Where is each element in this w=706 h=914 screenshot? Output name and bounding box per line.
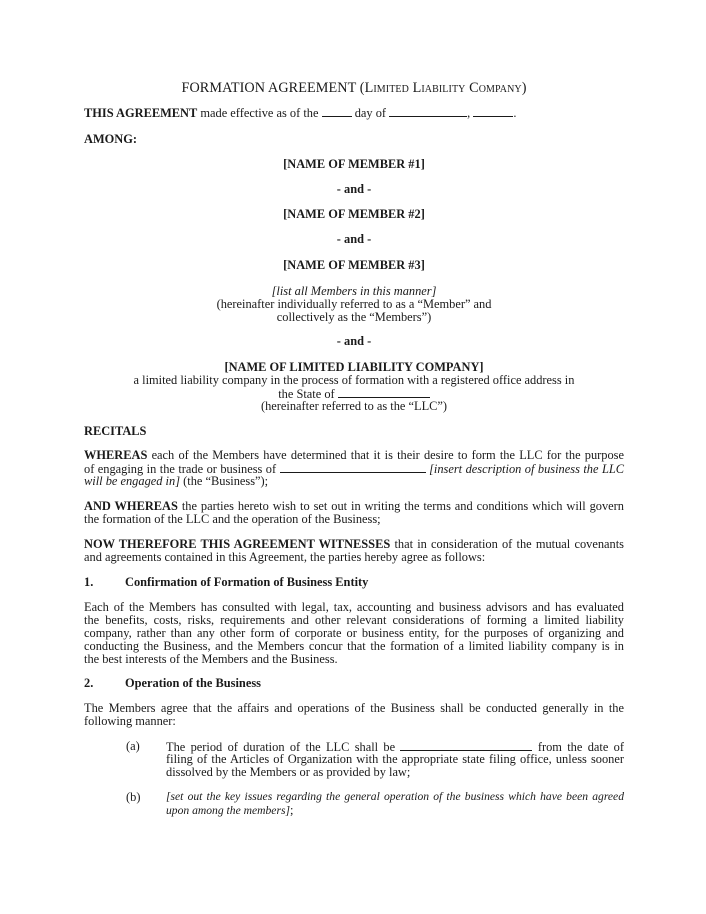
whereas-instruction: [insert description of business the LLC	[429, 462, 624, 476]
hereinafter-line-2: collectively as the “Members”)	[84, 310, 624, 325]
duration-blank[interactable]	[400, 739, 532, 751]
item-b-semicolon: ;	[290, 803, 293, 817]
section-2-heading: Operation of the Business	[125, 676, 261, 691]
item-b-instruction: upon among the members]	[166, 804, 290, 817]
whereas-bold: WHEREAS	[84, 448, 147, 462]
item-a-label: (a)	[126, 739, 140, 754]
intro-period: .	[513, 106, 516, 120]
title-main: FORMATION AGREEMENT	[181, 80, 356, 96]
item-b-line-2: upon among the members];	[166, 803, 624, 819]
intro-bold: THIS AGREEMENT	[84, 106, 197, 120]
section-2-number: 2.	[84, 676, 93, 691]
intro-comma: ,	[467, 106, 470, 120]
section-1-line: the best interests of the Members and th…	[84, 652, 338, 667]
title-subtitle: (Limited Liability Company)	[360, 80, 527, 96]
whereas-text-3: (the “Business”);	[183, 474, 268, 488]
and-separator-2: - and -	[84, 232, 624, 247]
year-blank[interactable]	[473, 105, 513, 117]
now-therefore-line-2: and agreements contained in this Agreeme…	[84, 550, 485, 565]
intro-text: made effective as of the	[200, 106, 318, 120]
document-title: FORMATION AGREEMENT (Limited Liability C…	[84, 81, 624, 96]
section-1-number: 1.	[84, 575, 93, 590]
day-blank[interactable]	[322, 105, 352, 117]
business-description-blank[interactable]	[280, 461, 426, 473]
member-1-name: [NAME OF MEMBER #1]	[84, 157, 624, 172]
now-therefore-bold: NOW THEREFORE THIS AGREEMENT WITNESSES	[84, 537, 390, 551]
and-whereas-text: the parties hereto wish to set out in wr…	[182, 499, 624, 513]
intro-line: THIS AGREEMENT made effective as of the …	[84, 105, 516, 121]
llc-hereinafter: (hereinafter referred to as the “LLC”)	[84, 399, 624, 414]
and-whereas-line-2: the formation of the LLC and the operati…	[84, 512, 381, 527]
month-blank[interactable]	[389, 105, 467, 117]
and-whereas-bold: AND WHEREAS	[84, 499, 178, 513]
member-3-name: [NAME OF MEMBER #3]	[84, 258, 624, 273]
now-therefore-text: that in consideration of the mutual cove…	[394, 537, 624, 551]
whereas-text: each of the Members have determined that…	[152, 448, 624, 462]
whereas-instruction-2: will be engaged in]	[84, 474, 180, 488]
item-a-line-3: dissolved by the Members or as provided …	[166, 765, 624, 780]
and-separator-1: - and -	[84, 182, 624, 197]
whereas-line-3: will be engaged in] (the “Business”);	[84, 474, 268, 489]
member-2-name: [NAME OF MEMBER #2]	[84, 207, 624, 222]
and-separator-3: - and -	[84, 334, 624, 349]
among-label: AMONG:	[84, 132, 137, 147]
state-blank[interactable]	[338, 386, 430, 398]
section-1-heading: Confirmation of Formation of Business En…	[125, 575, 368, 590]
document-page: FORMATION AGREEMENT (Limited Liability C…	[0, 0, 706, 914]
intro-text-2: day of	[355, 106, 386, 120]
recitals-heading: RECITALS	[84, 424, 146, 439]
section-2-line: following manner:	[84, 714, 176, 729]
item-b-label: (b)	[126, 790, 140, 805]
